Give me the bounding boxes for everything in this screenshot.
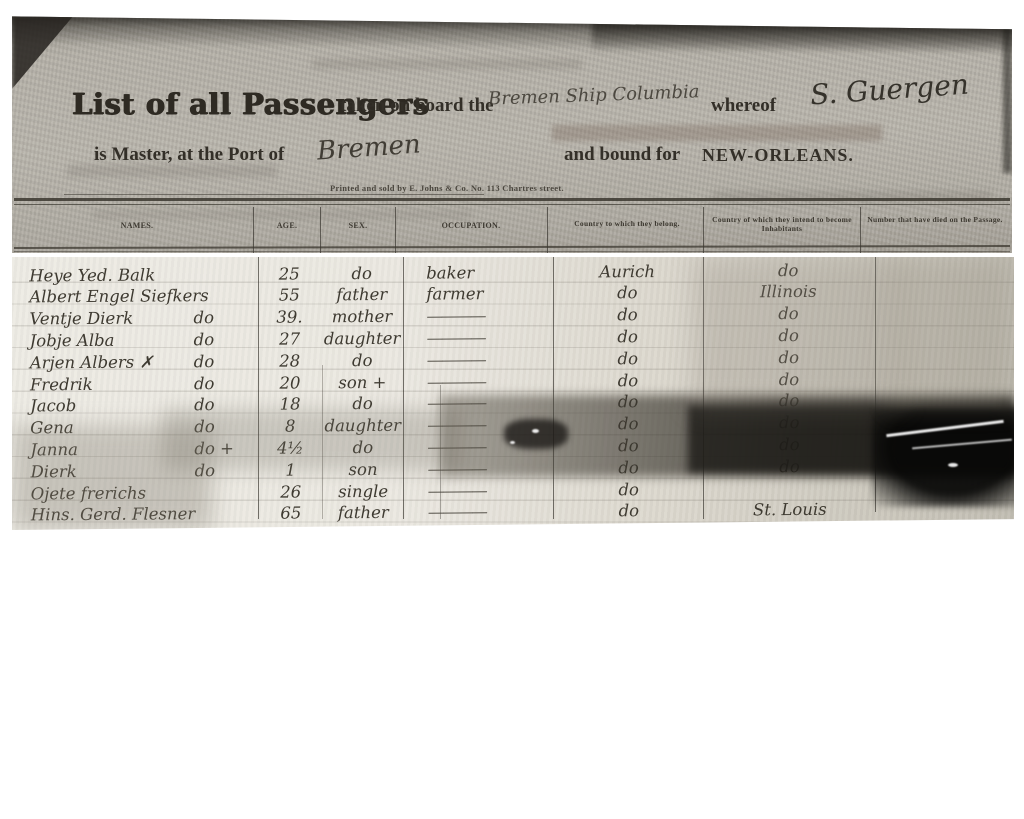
- scan-top-edge-right: [592, 21, 1012, 55]
- destination-label: NEW-ORLEANS.: [702, 145, 854, 166]
- cell-intend: St. Louis: [704, 500, 876, 520]
- white-speck: [510, 441, 515, 444]
- title-taken-on-board: taken on board the: [340, 95, 494, 117]
- cell-died: [876, 508, 1014, 509]
- name-ditto: do +: [194, 439, 234, 458]
- cell-name: Jacobdo: [12, 395, 258, 416]
- cell-intend: do: [703, 456, 875, 476]
- cell-died: [874, 290, 1013, 291]
- cell-name: Ojete frerichs: [13, 482, 259, 503]
- cell-died: [875, 378, 1014, 379]
- cell-occupation: ————: [404, 480, 554, 500]
- name-ditto: do: [194, 461, 215, 480]
- rule-line-thick: [14, 198, 1010, 201]
- cell-intend: do: [703, 391, 875, 411]
- bound-for-label: and bound for: [564, 144, 680, 166]
- cell-occupation: ————: [403, 458, 553, 478]
- cell-sex: daughter: [322, 329, 403, 349]
- cell-belong: do: [553, 436, 703, 456]
- cell-age: 20: [258, 373, 322, 392]
- port-handwritten: Bremen: [316, 129, 422, 166]
- cell-sex: father: [321, 285, 402, 305]
- cell-belong: do: [553, 457, 703, 477]
- rule-line: [64, 194, 484, 195]
- cell-belong: do: [554, 479, 704, 499]
- name-ditto: do: [194, 330, 215, 349]
- cell-sex: father: [323, 503, 404, 523]
- cell-occupation: ————: [402, 306, 552, 326]
- cell-belong: Aurich: [552, 261, 702, 281]
- colhead-age: AGE.: [255, 221, 319, 231]
- cell-died: [875, 356, 1014, 357]
- bleed-through-text: [312, 59, 582, 69]
- cell-belong: do: [552, 305, 702, 325]
- scan-corner-shadow: [12, 15, 74, 89]
- cell-sex: son +: [322, 372, 403, 392]
- cell-sex: do: [322, 350, 403, 370]
- cell-intend: do: [703, 347, 875, 367]
- cell-sex: daughter: [322, 416, 403, 436]
- cell-belong: do: [553, 348, 703, 368]
- cell-died: [874, 269, 1013, 270]
- bleed-through-text: [67, 165, 277, 177]
- cell-name: Hins. Gerd. Flesner: [13, 504, 259, 525]
- rule-line: [14, 204, 1010, 205]
- cell-intend: do: [703, 369, 875, 389]
- cell-age: 28: [258, 351, 322, 370]
- white-speck: [948, 463, 958, 467]
- cell-name: Jobje Albado: [12, 330, 258, 351]
- cell-intend: do: [702, 304, 874, 324]
- master-signature: S. Guergen: [809, 67, 970, 111]
- cell-age: 4½: [258, 438, 322, 457]
- cell-name: Ventje Dierkdo: [12, 308, 258, 329]
- cell-age: 55: [257, 286, 321, 305]
- cell-belong: do: [553, 414, 703, 434]
- cell-belong: do: [554, 501, 704, 521]
- manifest-header-scan: List of all Passengers taken on board th…: [12, 15, 1012, 253]
- rule-line: [14, 251, 1010, 252]
- cell-age: 1: [258, 460, 322, 479]
- cell-intend: do: [703, 325, 875, 345]
- name-ditto: do: [193, 308, 214, 327]
- cell-occupation: ————: [403, 371, 553, 391]
- colhead-country-intend: Country of which they intend to become I…: [706, 215, 858, 234]
- cell-intend: do: [702, 260, 874, 280]
- is-master-at-port: is Master, at the Port of: [94, 144, 284, 166]
- cell-sex: do: [321, 263, 402, 283]
- cell-died: [874, 312, 1013, 313]
- cell-age: 26: [259, 482, 323, 501]
- cell-occupation: ————: [403, 349, 553, 369]
- cell-age: 65: [259, 504, 323, 523]
- ship-name-handwritten: Bremen Ship Columbia: [488, 81, 700, 109]
- cell-sex: do: [322, 394, 403, 414]
- scanned-passenger-manifest: { "colors": { "ink": "#332f28", "paper_h…: [0, 0, 1024, 819]
- cell-age: 39.: [257, 307, 321, 326]
- cell-name: Dierkdo: [12, 460, 258, 481]
- cell-intend: Illinois: [702, 282, 874, 302]
- colhead-sex: SEX.: [322, 221, 394, 231]
- cell-intend: [704, 487, 876, 488]
- cell-occupation: ————: [403, 437, 553, 457]
- cell-belong: do: [553, 327, 703, 347]
- cell-age: 18: [258, 395, 322, 414]
- passenger-rows: Heye Yed. Balk25dobakerAurichdoAlbert En…: [12, 257, 1014, 530]
- name-ditto: do: [194, 395, 215, 414]
- white-speck: [532, 429, 539, 433]
- title-whereof: whereof: [711, 95, 776, 117]
- cell-sex: do: [322, 438, 403, 458]
- cell-occupation: ————: [403, 328, 553, 348]
- cell-died: [875, 399, 1014, 400]
- faded-stamp: [552, 125, 882, 141]
- manifest-rows-scan: Heye Yed. Balk25dobakerAurichdoAlbert En…: [12, 257, 1014, 530]
- name-ditto: do: [194, 417, 215, 436]
- scan-right-edge-shadow: [1003, 23, 1012, 173]
- cell-occupation: ————: [404, 502, 554, 522]
- printer-imprint: Printed and sold by E. Johns & Co. No. 1…: [330, 183, 564, 193]
- cell-died: [875, 334, 1014, 335]
- cell-died: [876, 465, 1014, 466]
- colhead-country-belong: Country to which they belong.: [552, 219, 702, 228]
- colhead-occupation: OCCUPATION.: [397, 221, 545, 231]
- cell-age: 25: [257, 264, 321, 283]
- cell-sex: mother: [321, 307, 402, 327]
- cell-intend: do: [703, 413, 875, 433]
- cell-age: 8: [258, 416, 322, 435]
- cell-died: [876, 487, 1014, 488]
- cell-belong: do: [553, 370, 703, 390]
- bleed-through-text: [92, 210, 472, 219]
- colhead-names: NAMES.: [52, 221, 222, 231]
- cell-intend: do: [703, 434, 875, 454]
- cell-name: Arjen Albers ✗do: [12, 351, 258, 372]
- cell-name: Heye Yed. Balk: [12, 264, 257, 285]
- cell-name: Albert Engel Siefkers: [12, 286, 257, 307]
- cell-name: Genado: [12, 417, 258, 438]
- cell-name: Jannado +: [12, 439, 258, 460]
- cell-occupation: baker: [402, 262, 552, 282]
- cell-occupation: ————: [403, 393, 553, 413]
- cell-age: 27: [258, 329, 322, 348]
- cell-sex: single: [323, 481, 404, 501]
- colhead-number-died: Number that have died on the Passage.: [864, 215, 1006, 224]
- cell-name: Fredrikdo: [12, 373, 258, 394]
- cell-sex: son: [322, 459, 403, 479]
- cell-belong: do: [553, 392, 703, 412]
- name-ditto: do: [194, 374, 215, 393]
- cell-belong: do: [552, 283, 702, 303]
- cell-occupation: farmer: [402, 284, 552, 304]
- cell-occupation: ————: [403, 415, 553, 435]
- name-ditto: do: [194, 352, 215, 371]
